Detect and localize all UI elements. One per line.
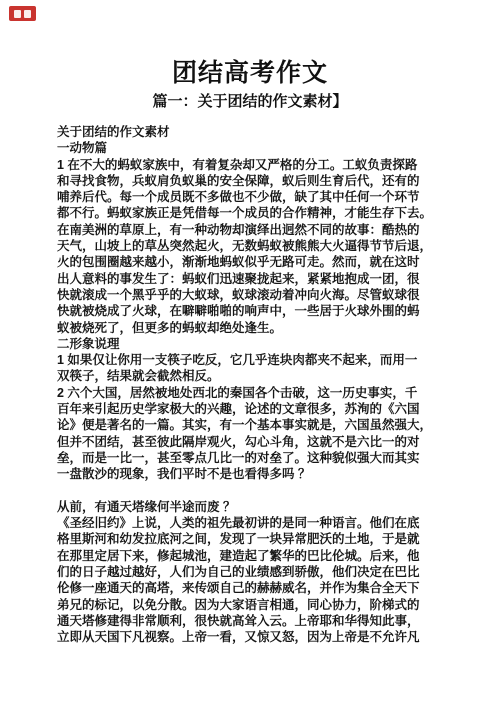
text-line: 一动物篇	[57, 140, 387, 156]
text-line: 天气，山坡上的草丛突然起火，无数蚂蚁被熊熊大火逼得节节后退，	[57, 238, 387, 254]
text-line: 都不行。蚂蚁家族正是凭借每一个成员的合作精神，才能生存下去。	[57, 205, 387, 221]
text-line: 在南美洲的草原上，有一种动物却演绎出迥然不同的故事：酷热的	[57, 222, 387, 238]
text-line: 双筷子，结果就会截然相反。	[57, 368, 387, 384]
text-line: 火的包围圈越来越小，渐渐地蚂蚁似乎无路可走。然而，就在这时	[57, 254, 387, 270]
text-line: 垒，而是一比一，甚至零点几比一的对垒了。这种貌似强大而其实	[57, 450, 387, 466]
text-line: 关于团结的作文素材	[57, 124, 387, 140]
text-line: 弟兄的标记，以免分散。因为大家语言相通，同心协力，阶梯式的	[57, 597, 387, 613]
text-line: 但并不团结，甚至彼此隔岸观火，勾心斗角，这就不是六比一的对	[57, 434, 387, 450]
document-body: 关于团结的作文素材一动物篇1 在不大的蚂蚁家族中，有着复杂却又严格的分工。工蚁负…	[57, 124, 387, 646]
text-line: 格里斯河和幼发拉底河之间，发现了一块异常肥沃的土地，于是就	[57, 531, 387, 547]
text-line: 1 在不大的蚂蚁家族中，有着复杂却又严格的分工。工蚁负责探路	[57, 157, 387, 173]
text-line: 一盘散沙的现象，我们平时不是也看得多吗 ？	[57, 466, 387, 482]
text-line: 通天塔修建得非常顺利，很快就高耸入云。上帝耶和华得知此事，	[57, 613, 387, 629]
document-page: 团结高考作文 篇一：关于团结的作文素材】 关于团结的作文素材一动物篇1 在不大的…	[0, 0, 500, 708]
text-line: 论》便是著名的一篇。其实，有一个基本事实就是，六国虽然强大，	[57, 417, 387, 433]
text-line: 《圣经旧约》上说，人类的祖先最初讲的是同一种语言。他们在底	[57, 515, 387, 531]
text-line: 从前，有通天塔缘何半途而废 ？	[57, 499, 387, 515]
text-line: 伦修一座通天的高塔，来传颂自己的赫赫威名，并作为集合全天下	[57, 580, 387, 596]
text-line: 们的日子越过越好，人们为自己的业绩感到骄傲，他们决定在巴比	[57, 564, 387, 580]
document-title: 团结高考作文	[0, 0, 500, 88]
text-line: 2 六个大国，居然被地处西北的秦国各个击破，这一历史事实，千	[57, 385, 387, 401]
text-line: 出人意料的事发生了：蚂蚁们迅速聚拢起来，紧紧地抱成一团，很	[57, 271, 387, 287]
red-stamp-icon	[9, 6, 36, 21]
text-line: 1 如果仅让你用一支筷子吃反，它几乎连块肉都夹不起来，而用一	[57, 352, 387, 368]
text-line: 百年来引起历史学家极大的兴趣，论述的文章很多，苏洵的《六国	[57, 401, 387, 417]
text-line	[57, 483, 387, 499]
document-subtitle: 篇一：关于团结的作文素材】	[0, 93, 500, 111]
text-line: 二形象说理	[57, 336, 387, 352]
text-line: 快就滚成一个黑乎乎的大蚁球，蚁球滚动着冲向火海。尽管蚁球很	[57, 287, 387, 303]
text-line: 和寻找食物，兵蚁肩负蚁巢的安全保障，蚁后则生育后代，还有的	[57, 173, 387, 189]
text-line: 哺养后代。每一个成员既不多做也不少做，缺了其中任何一个环节	[57, 189, 387, 205]
text-line: 在那里定居下来，修起城池，建造起了繁华的巴比伦城。后来，他	[57, 548, 387, 564]
text-line: 蚁被烧死了，但更多的蚂蚁却绝处逢生。	[57, 320, 387, 336]
text-line: 快就被烧成了火球，在噼噼啪啪的响声中，一些居于火球外围的蚂	[57, 303, 387, 319]
text-line: 立即从天国下凡视察。上帝一看，又惊又怒，因为上帝是不允许凡	[57, 629, 387, 645]
